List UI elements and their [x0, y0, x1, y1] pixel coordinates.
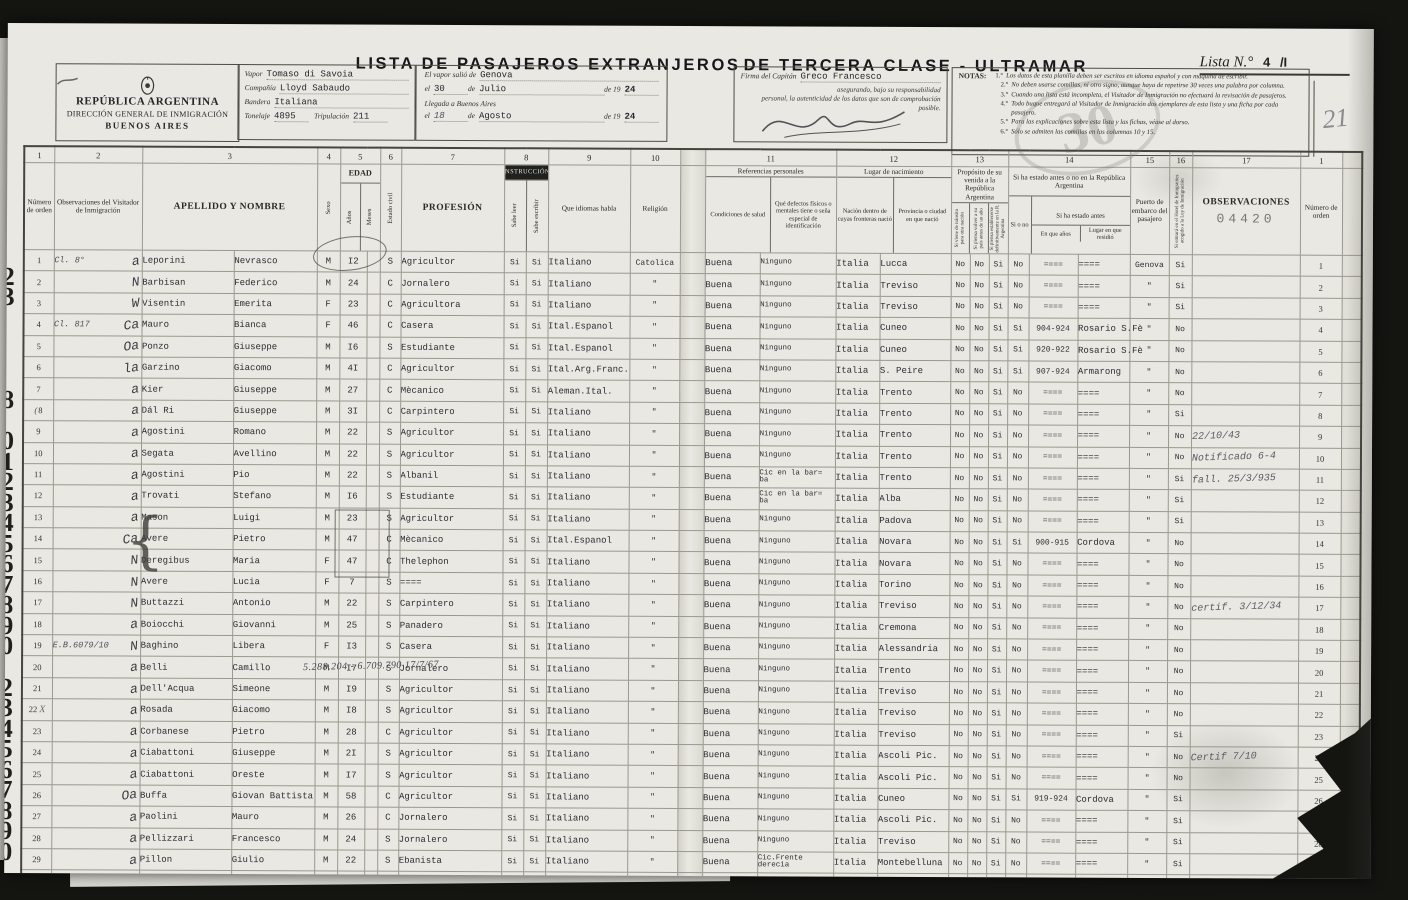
header-been-before: Si ha estado antes o no en la República … — [1008, 167, 1130, 255]
cell-sex: M — [315, 615, 338, 636]
cell-def: Ninguno — [759, 445, 835, 467]
cell-nacion: Italia — [835, 424, 879, 446]
cell-puerto: " — [1128, 725, 1167, 747]
cell-antes: Si — [1007, 361, 1028, 382]
cell-lugar: Cordova — [1077, 532, 1129, 554]
cell-esc: Si — [524, 744, 546, 765]
binding-edge — [1341, 405, 1361, 426]
cell-leer: Si — [503, 380, 525, 401]
voyage-box: El vapor salió de Genova el 30 de Julio … — [415, 65, 667, 142]
firma-label: Firma del Capitán — [741, 71, 797, 80]
cell-p3: Si — [987, 617, 1006, 638]
cell-def: Ninguno — [759, 338, 835, 360]
cell-n2: 18 — [1298, 619, 1340, 641]
cell-hotel: Si — [1166, 832, 1189, 853]
cell-salud: Buena — [704, 317, 759, 339]
cell-n: 2 — [24, 271, 54, 293]
cell-hotel: No — [1167, 768, 1190, 789]
cell-hotel: No — [1167, 661, 1190, 682]
cell-idiomas: Italiano — [547, 509, 629, 531]
cell-hotel: Si — [1166, 789, 1189, 810]
cell-leer: Si — [504, 294, 526, 315]
cell-nacion: Italia — [836, 275, 880, 297]
cell-name: Giacomo — [233, 357, 316, 379]
cell-p2: No — [968, 746, 987, 767]
cell-rel: " — [629, 402, 679, 424]
cell-years: 3I — [339, 401, 366, 423]
cell-surname: Barbisan — [142, 272, 234, 294]
cell-leer: Si — [503, 487, 525, 508]
cell-name: Giovan Battista — [231, 785, 314, 807]
cell-anios: 920-922 — [1028, 340, 1077, 362]
cell-p1: No — [949, 767, 968, 788]
de-label: de — [468, 111, 475, 120]
cell-n: 22X — [22, 699, 52, 721]
cell-p2: No — [967, 831, 986, 852]
cell-visitor-observation: E.B.6079/10N — [52, 635, 140, 657]
cell-p3: Si — [988, 468, 1007, 489]
binding-edge — [1341, 512, 1361, 533]
page-fold — [678, 659, 703, 680]
cell-def: Ninguno — [758, 702, 834, 724]
cell-observations — [1192, 276, 1300, 298]
page-fold — [678, 616, 703, 637]
page-fold — [680, 295, 705, 316]
cell-p1: No — [949, 639, 968, 660]
cell-observations: fall. 25/3/935 — [1191, 469, 1299, 491]
cell-lugar: Cordova — [1075, 789, 1127, 811]
cell-salud: Buena — [702, 809, 757, 831]
nota-number: 4.° — [1000, 99, 1008, 118]
cell-hotel: Si — [1169, 276, 1192, 297]
cell-name: Giuseppe — [233, 336, 316, 358]
cell-puerto: " — [1128, 746, 1167, 768]
cell-anios: ==== — [1028, 489, 1077, 511]
cell-observations — [1191, 383, 1299, 405]
cell-esc: Si — [525, 316, 547, 337]
cell-p2: No — [968, 575, 987, 596]
cell-lugar: ==== — [1076, 746, 1128, 768]
cell-p1: No — [949, 617, 968, 638]
cell-esc: Si — [525, 466, 547, 487]
cell-sex: M — [316, 486, 339, 507]
cell-rel: " — [628, 594, 678, 616]
cell-name: Federico — [234, 272, 317, 294]
cell-p1: No — [949, 746, 968, 767]
cell-visitor-observation: a — [52, 613, 140, 635]
cell-months — [365, 636, 378, 657]
page-fold — [677, 851, 702, 872]
cell-salud: Buena — [704, 424, 759, 446]
cell-surname: Kier — [141, 378, 233, 400]
cell-lugar: ==== — [1078, 297, 1130, 319]
cell-p2: No — [970, 275, 989, 296]
cell-def: Ninguno — [758, 595, 834, 617]
cell-puerto: " — [1129, 447, 1168, 469]
cell-prov: Cuneo — [877, 874, 948, 879]
cell-years: 25 — [338, 615, 365, 637]
salida-year: 24 — [625, 85, 659, 96]
cell-nacion: Italia — [834, 617, 878, 639]
cell-nacion: Italia — [834, 638, 878, 660]
cell-lugar: ==== — [1076, 768, 1128, 790]
cell-n: (8 — [23, 399, 53, 421]
cell-name: Giuseppe — [233, 400, 316, 422]
cell-esc: Si — [525, 530, 547, 551]
page-fold — [677, 830, 702, 851]
cell-p2: No — [968, 724, 987, 745]
cell-p1: No — [951, 254, 970, 275]
cell-n: 10 — [23, 442, 53, 464]
binding-edge — [1342, 298, 1362, 319]
cell-p2: No — [968, 660, 987, 681]
coat-of-arms-icon — [139, 75, 157, 95]
cell-idiomas: Italiano — [546, 573, 628, 595]
binding-edge — [1340, 683, 1360, 704]
cell-idiomas: Italiano — [545, 829, 627, 851]
cell-hotel: No — [1166, 875, 1189, 879]
vapor-label: Vapor — [245, 69, 263, 78]
page-fold — [679, 338, 704, 359]
cell-lugar: ==== — [1075, 810, 1127, 832]
cell-prof: ==== — [399, 572, 502, 594]
cell-p3: Si — [987, 724, 1006, 745]
cell-idiomas: Italiano — [547, 466, 629, 488]
cell-observations — [1192, 319, 1300, 341]
cell-hotel: Si — [1166, 854, 1189, 875]
cell-rel: " — [627, 830, 677, 852]
cell-visitor-observation: Oa — [53, 335, 141, 357]
cell-idiomas: Italiano — [547, 487, 629, 509]
cell-rel: " — [629, 423, 679, 445]
cell-anios: 907-924 — [1028, 361, 1077, 383]
cell-n2: 5 — [1299, 341, 1341, 363]
cell-lugar: ==== — [1077, 425, 1129, 447]
binding-edge — [1341, 362, 1361, 383]
cell-n: 24 — [22, 742, 52, 764]
cell-prov: Trento — [879, 424, 950, 446]
cell-surname: Dál Ri — [141, 400, 233, 422]
de19-label: de 19 — [604, 85, 621, 94]
compania-value: Lloyd Sabaudo — [280, 83, 409, 95]
cell-salud: Buena — [703, 638, 758, 660]
cell-puerto: " — [1128, 575, 1167, 597]
cell-salud: Buena — [703, 723, 758, 745]
cell-antes: No — [1007, 382, 1028, 403]
cell-rel: " — [628, 680, 678, 702]
cell-name: Libera — [232, 636, 315, 658]
cell-observations — [1190, 683, 1298, 705]
cell-lugar: ==== — [1075, 853, 1127, 875]
cell-months — [366, 444, 379, 465]
cell-puerto: " — [1129, 426, 1168, 448]
cell-civil: S — [378, 615, 399, 636]
cell-nacion: Italia — [834, 595, 878, 617]
cell-lugar: ==== — [1076, 575, 1128, 597]
cell-civil: C — [378, 722, 399, 743]
cell-p1: No — [948, 853, 967, 874]
cell-visitor-observation: a — [52, 742, 140, 764]
cell-n2: 19 — [1298, 640, 1340, 662]
cell-puerto: Genova — [1130, 254, 1169, 276]
col-number: 10 — [630, 149, 680, 166]
cell-rel: " — [627, 787, 677, 809]
cell-esc: Si — [525, 508, 547, 529]
cell-months — [364, 850, 377, 871]
cell-years: I8 — [338, 700, 365, 722]
cell-leer: Si — [504, 252, 526, 273]
cell-prof: Mècanico — [400, 380, 503, 402]
cell-months — [366, 315, 379, 336]
cell-n2: 14 — [1299, 533, 1341, 555]
cell-n: 30 — [21, 870, 51, 879]
cell-name: Luigi — [233, 507, 316, 529]
cell-puerto: " — [1128, 704, 1167, 726]
cell-idiomas: Italiano — [546, 701, 628, 723]
cell-name: Antonio — [232, 593, 315, 615]
cell-months — [365, 700, 378, 721]
cell-name: Giuseppe — [233, 379, 316, 401]
cell-esc: Si — [525, 487, 547, 508]
cell-sex: M — [316, 358, 339, 379]
cell-def: Cic en la bar= ba — [759, 488, 835, 510]
cell-years: 28 — [338, 722, 365, 744]
cell-esc: Si — [524, 573, 546, 594]
cell-months — [366, 465, 379, 486]
page-fold — [679, 402, 704, 423]
cell-leer: Si — [502, 701, 524, 722]
cell-nacion: Italia — [834, 574, 878, 596]
cell-sex: M — [316, 379, 339, 400]
cell-p3: Si — [986, 874, 1005, 879]
cell-p3: Si — [987, 553, 1006, 574]
cell-idiomas: Italiano — [548, 295, 630, 317]
cell-p2: No — [968, 639, 987, 660]
col-number: 12 — [836, 150, 951, 167]
cell-lugar: Armarong — [1077, 361, 1129, 383]
page-fold — [678, 723, 703, 744]
cell-puerto: " — [1127, 811, 1166, 833]
cell-months — [365, 593, 378, 614]
binding-edge — [1340, 598, 1360, 619]
cell-nacion: Italia — [834, 681, 878, 703]
cell-p3: Si — [987, 682, 1006, 703]
cell-p1: No — [949, 553, 968, 574]
cell-months — [366, 379, 379, 400]
cell-p3: Si — [988, 425, 1007, 446]
de19-label: de 19 — [604, 112, 621, 121]
cell-antes: No — [1006, 618, 1027, 639]
cell-prov: Novara — [878, 553, 949, 575]
header-religion: Religión — [630, 165, 680, 252]
cell-p1: No — [949, 703, 968, 724]
cell-p2: No — [969, 468, 988, 489]
cell-anios: ==== — [1027, 660, 1076, 682]
cell-years: I7 — [338, 764, 365, 786]
cell-n: 4 — [23, 314, 53, 336]
cell-months — [365, 615, 378, 636]
cell-years: 22 — [339, 465, 366, 487]
cell-n2: 4 — [1300, 319, 1342, 341]
cell-rel: " — [630, 274, 680, 296]
cell-sex: M — [314, 850, 337, 871]
cell-rel: " — [627, 808, 677, 830]
cell-civil: S — [377, 850, 398, 871]
cell-antes: No — [1006, 553, 1027, 574]
page-fold — [680, 149, 705, 166]
cell-p2: No — [968, 682, 987, 703]
cell-prof: Ebanista — [398, 850, 501, 872]
cell-name: Stefano — [233, 486, 316, 508]
cell-salud: Buena — [704, 402, 759, 424]
cell-puerto: " — [1129, 404, 1168, 426]
cell-observations — [1189, 811, 1297, 833]
cell-civil: C — [379, 315, 400, 336]
binding-edge — [1341, 491, 1361, 512]
cell-salud: Buena — [702, 830, 757, 852]
cell-rel: " — [629, 338, 679, 360]
nota-number: 3.° — [1001, 90, 1009, 99]
cell-p2: No — [969, 318, 988, 339]
cell-antes: No — [1006, 724, 1027, 745]
header-embark-port: Puerto de embarco del pasajero — [1130, 167, 1169, 254]
cell-visitor-observation: Oa — [51, 784, 139, 806]
header-row: Número de orden Observaciones del Visita… — [24, 163, 1362, 256]
cell-years: 23 — [340, 294, 367, 316]
cell-civil: S — [378, 765, 399, 786]
cell-nacion: Italia — [834, 767, 878, 789]
cell-surname: Belli — [140, 657, 232, 679]
ship-info-box: Vapor Tomaso di Savoia Compañía Lloyd Sa… — [237, 64, 415, 141]
cell-hotel: No — [1168, 533, 1191, 554]
cell-puerto: " — [1127, 789, 1166, 811]
cell-lugar: ==== — [1076, 703, 1128, 725]
cell-leer: Si — [502, 658, 524, 679]
cell-lugar: ==== — [1076, 682, 1128, 704]
cell-years: 4I — [339, 358, 366, 380]
cell-p1: No — [949, 681, 968, 702]
cell-puerto: " — [1129, 490, 1168, 512]
cell-rel: " — [629, 359, 679, 381]
cell-n: 9 — [23, 421, 53, 443]
cell-salud: Buena — [703, 702, 758, 724]
cell-n: 25 — [22, 763, 52, 785]
cell-def: Ninguno — [759, 360, 835, 382]
cell-anios: ==== — [1026, 810, 1075, 832]
cell-years: 26 — [337, 807, 364, 829]
cell-antes: No — [1007, 446, 1028, 467]
cell-n2: 9 — [1299, 426, 1341, 448]
cell-salud: Buena — [704, 466, 759, 488]
cell-surname: Pillon — [139, 849, 231, 871]
cell-salud: Buena — [705, 274, 760, 296]
nota-number: 5.° — [1000, 118, 1008, 127]
cell-salud: Buena — [703, 552, 758, 574]
cell-puerto: " — [1128, 597, 1167, 619]
cell-n: 29 — [21, 849, 51, 871]
cell-observations — [1191, 511, 1299, 533]
cell-anios: 904-924 — [1029, 318, 1078, 340]
cell-nacion: Italia — [833, 873, 877, 879]
cell-esc: Si — [525, 423, 547, 444]
page-fold — [677, 809, 702, 830]
passenger-table: 1 2 3 4 5 6 7 8 9 10 11 12 13 14 15 16 1… — [20, 145, 1363, 879]
cell-p1: No — [949, 574, 968, 595]
cell-prov: Treviso — [878, 703, 949, 725]
cell-observations — [1192, 255, 1300, 277]
cell-antes: No — [1005, 853, 1026, 874]
page-fold — [678, 744, 703, 765]
cell-n: 17 — [22, 592, 52, 614]
cell-nacion: Italia — [835, 381, 879, 403]
cell-anios: ==== — [1026, 853, 1075, 875]
col-number: 13 — [951, 150, 1008, 167]
pencil-page-number-box: 21 — [1313, 81, 1356, 157]
cell-def: Ninguno — [758, 723, 834, 745]
cell-visitor-observation: a — [51, 806, 139, 828]
cell-lugar: Rosario S.Fè — [1077, 340, 1129, 362]
cell-p3: Si — [988, 318, 1007, 339]
cell-name: Maria — [232, 550, 315, 572]
cell-esc: Si — [525, 359, 547, 380]
cell-salud: Buena — [703, 766, 758, 788]
page-fold — [677, 787, 702, 808]
cell-p3: Si — [986, 810, 1005, 831]
cell-lugar: Rosario S.Fè — [1078, 318, 1130, 340]
cell-hotel: No — [1167, 640, 1190, 661]
cell-puerto: " — [1128, 768, 1167, 790]
cell-puerto: " — [1128, 639, 1167, 661]
cell-visitor-observation: a — [53, 464, 141, 486]
binding-edge — [1340, 576, 1360, 597]
cell-antes: No — [1006, 746, 1027, 767]
cell-def: Ninguno — [759, 531, 835, 553]
page-fold — [680, 252, 705, 273]
edge-digit: 8 — [4, 388, 21, 412]
cell-surname: Agostini — [141, 464, 233, 486]
cell-idiomas: Italiano — [546, 658, 628, 680]
cell-n2: 16 — [1298, 576, 1340, 598]
cell-n: 20 — [22, 656, 52, 678]
cell-anios: ==== — [1029, 297, 1078, 319]
cell-n2: 22 — [1298, 704, 1340, 726]
cell-idiomas: Ital.Espanol — [547, 530, 629, 552]
cell-prof: Agricultor — [400, 422, 503, 444]
salida-day: 30 — [434, 84, 468, 95]
cell-p3: Si — [986, 789, 1005, 810]
cell-months — [365, 743, 378, 764]
cell-surname: Rosada — [140, 699, 232, 721]
cell-prof: Estudiante — [400, 337, 503, 359]
cell-civil: C — [379, 401, 400, 422]
cell-civil: S — [378, 743, 399, 764]
cell-salud: Buena — [704, 360, 759, 382]
cell-n: 14 — [23, 528, 53, 550]
header-observations: OBSERVACIONES 04420 — [1192, 168, 1300, 255]
cell-prov: Treviso — [880, 296, 951, 318]
cell-idiomas: Italiano — [546, 637, 628, 659]
cell-p2: No — [967, 853, 986, 874]
cell-p2: No — [969, 382, 988, 403]
cell-idiomas: Italiano — [547, 444, 629, 466]
cell-def: Ninguno — [759, 403, 835, 425]
cell-salud: Buena — [703, 573, 758, 595]
cell-puerto: " — [1129, 383, 1168, 405]
cell-p1: No — [950, 446, 969, 467]
cell-antes: No — [1005, 831, 1026, 852]
cell-n2: 8 — [1299, 405, 1341, 427]
cell-sex: F — [316, 315, 339, 336]
